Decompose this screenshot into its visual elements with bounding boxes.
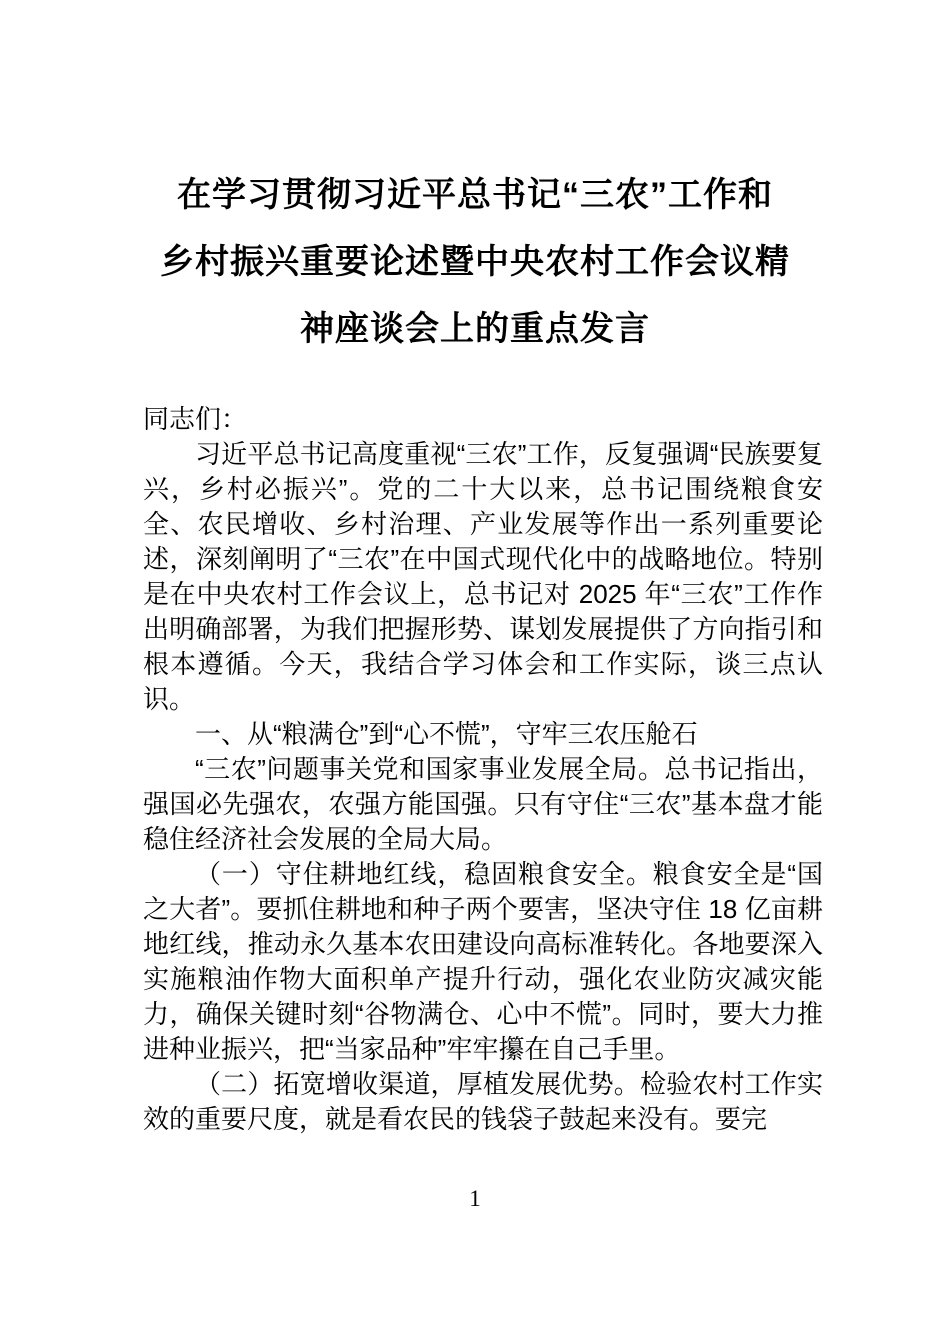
document-page: 在学习贯彻习近平总书记“三农”工作和 乡村振兴重要论述暨中央农村工作会议精 神座… xyxy=(0,0,950,1344)
page-number: 1 xyxy=(469,1186,481,1211)
document-title: 在学习贯彻习近平总书记“三农”工作和 乡村振兴重要论述暨中央农村工作会议精 神座… xyxy=(0,0,950,363)
section-heading-1: 一、从“粮满仓”到“心不慌”，守牢三农压舱石 xyxy=(143,717,823,752)
title-line-3: 神座谈会上的重点发言 xyxy=(0,296,950,363)
paragraph-point-1: （一）守住耕地红线，稳固粮食安全。粮食安全是“国之大者”。要抓住耕地和种子两个要… xyxy=(143,857,823,1067)
paragraph-section-overview: “三农”问题事关党和国家事业发展全局。总书记指出，强国必先强农，农强方能国强。只… xyxy=(143,752,823,857)
salutation: 同志们： xyxy=(143,402,823,437)
page-footer: 1 xyxy=(0,1185,950,1213)
title-line-2: 乡村振兴重要论述暨中央农村工作会议精 xyxy=(0,229,950,296)
title-line-1: 在学习贯彻习近平总书记“三农”工作和 xyxy=(0,162,950,229)
document-body: 同志们： 习近平总书记高度重视“三农”工作，反复强调“民族要复兴，乡村必振兴”。… xyxy=(143,402,823,1137)
paragraph-intro: 习近平总书记高度重视“三农”工作，反复强调“民族要复兴，乡村必振兴”。党的二十大… xyxy=(143,437,823,717)
paragraph-point-2: （二）拓宽增收渠道，厚植发展优势。检验农村工作实效的重要尺度，就是看农民的钱袋子… xyxy=(143,1067,823,1137)
